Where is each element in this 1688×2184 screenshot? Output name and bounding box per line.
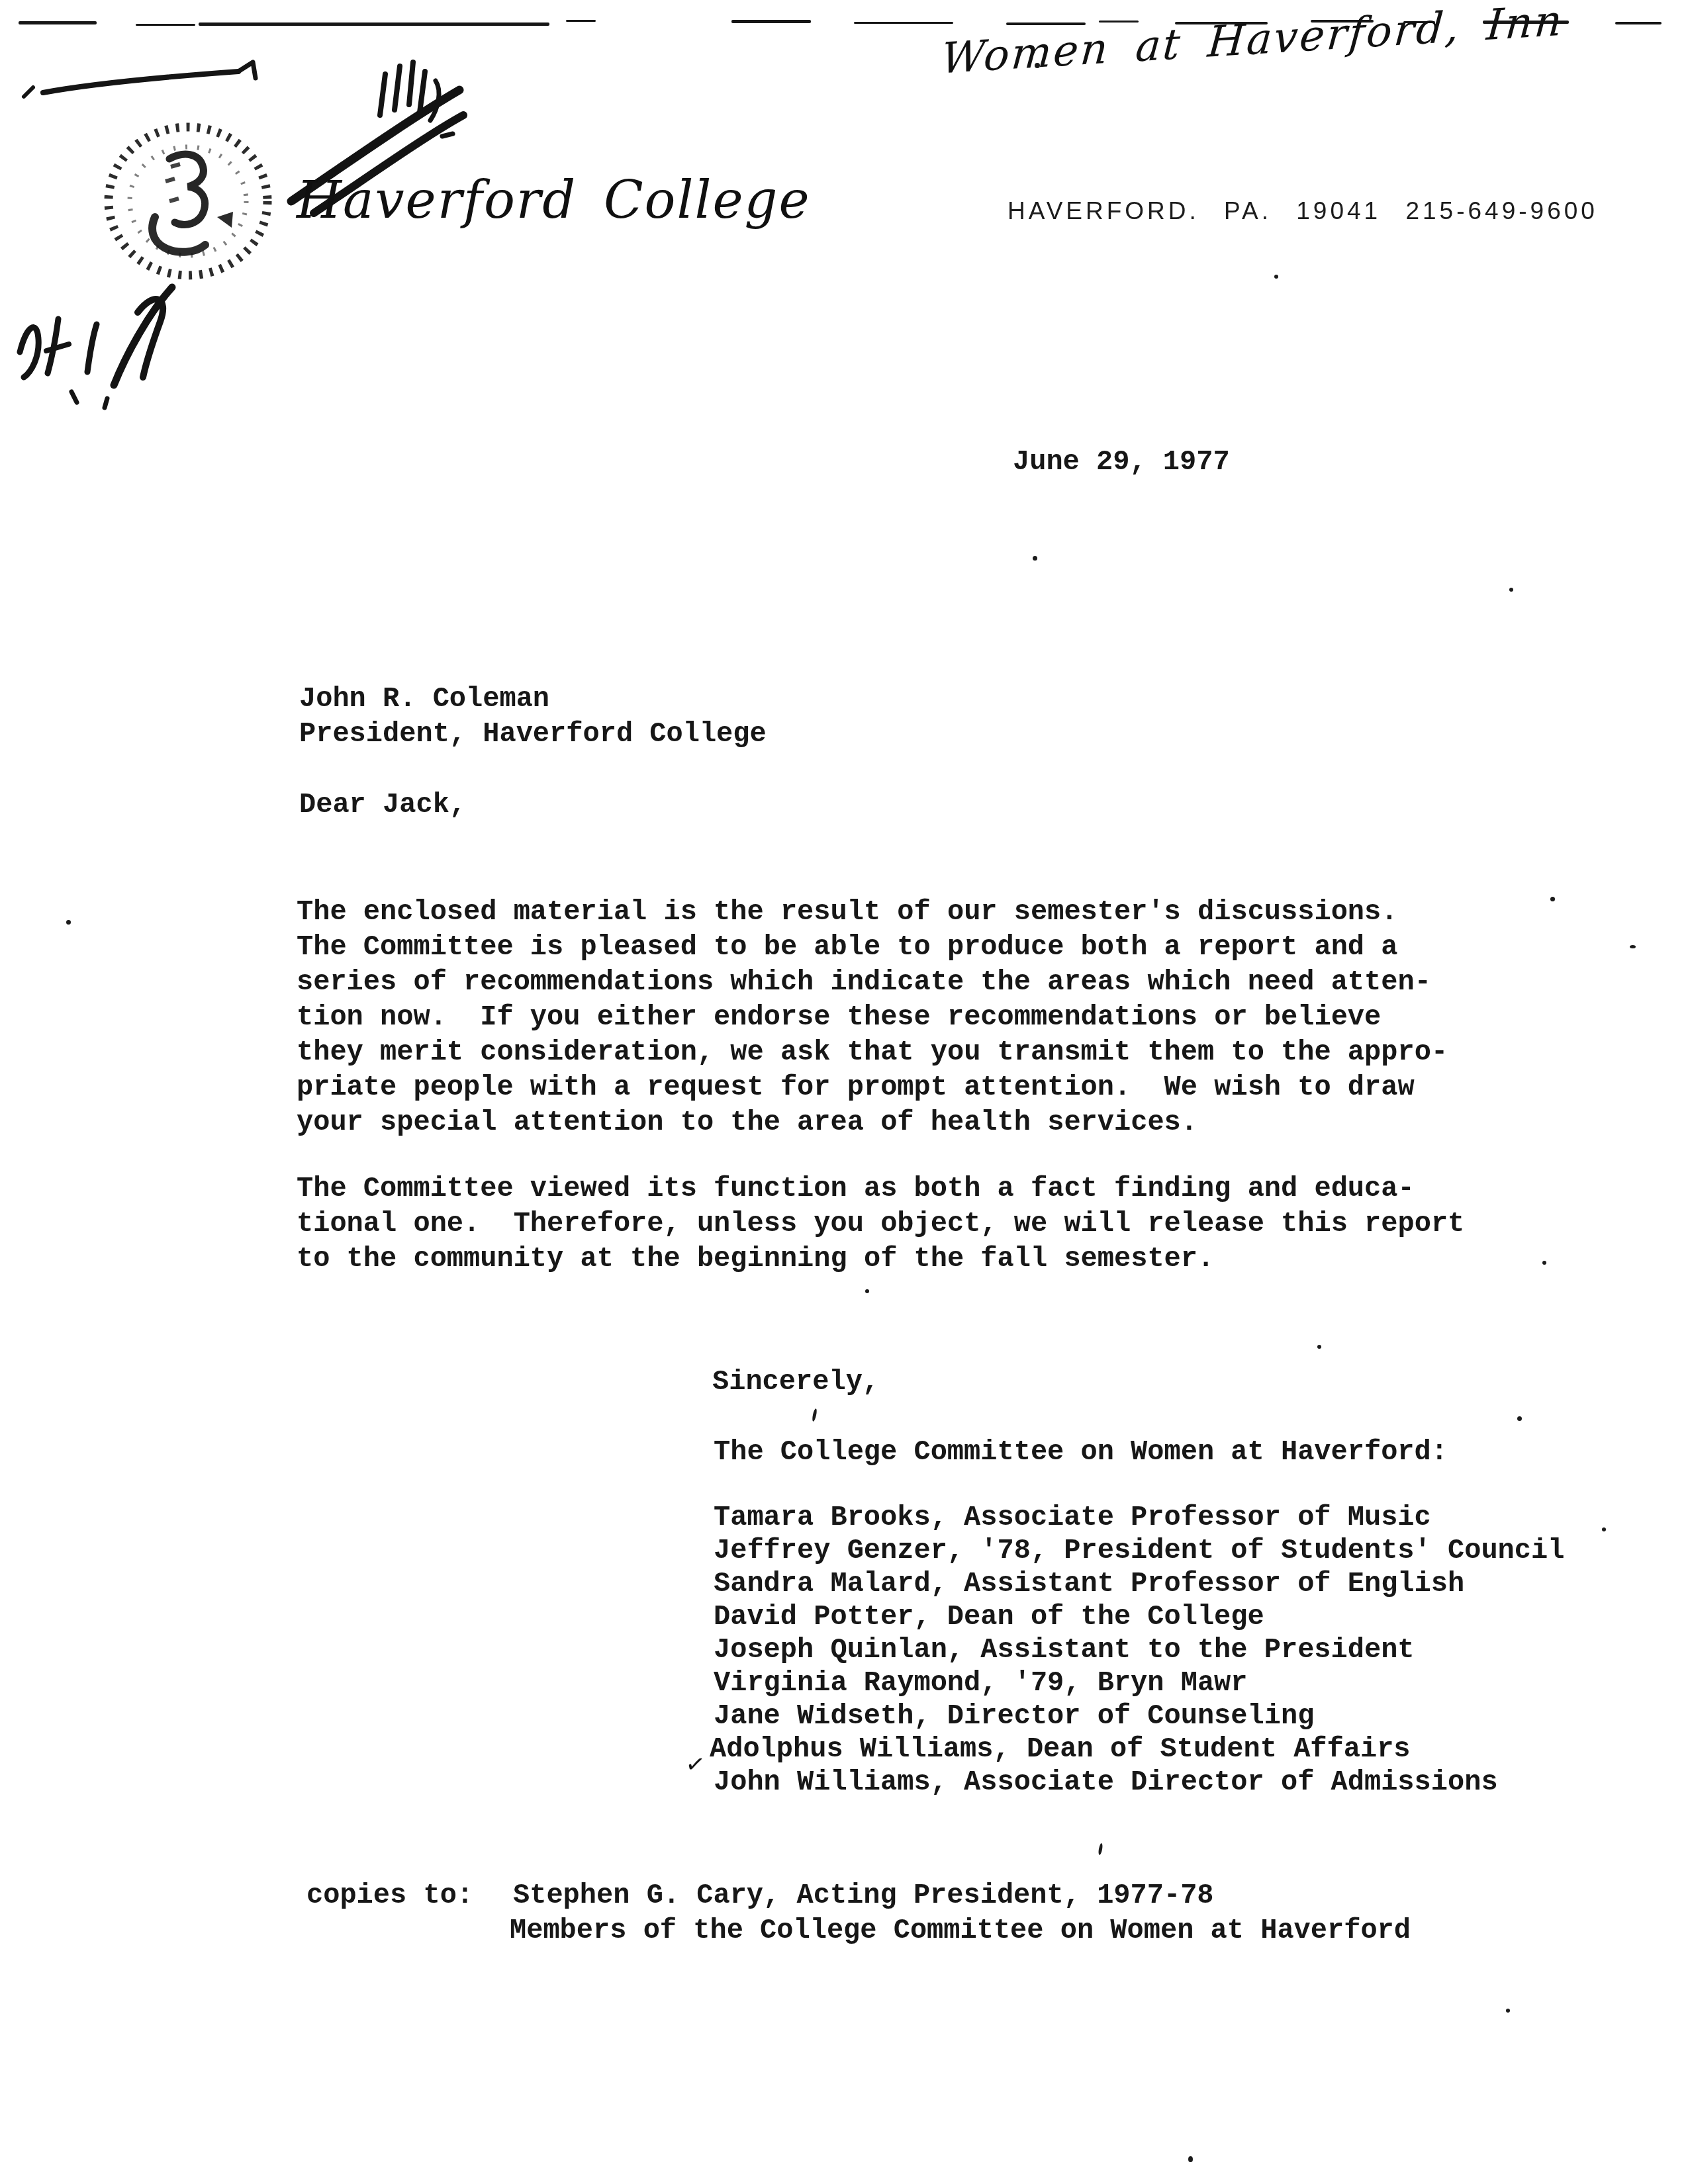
copies-recipient-2: Members of the College Committee on Wome… <box>510 1913 1411 1948</box>
committee-member: John Williams, Associate Director of Adm… <box>714 1766 1498 1799</box>
closing: Sincerely, <box>712 1365 879 1400</box>
copies-label: copies to: <box>306 1878 473 1913</box>
college-seal-stamp <box>91 118 287 290</box>
body-paragraph-1: The enclosed material is the result of o… <box>297 895 1448 1140</box>
recipient-name: John R. Coleman <box>299 682 549 717</box>
handwritten-note: Women at Haverford, Inn <box>939 0 1604 83</box>
committee-heading: The College Committee on Women at Haverf… <box>714 1435 1448 1470</box>
recipient-title: President, Haverford College <box>299 717 767 752</box>
committee-member: Adolphus Williams, Dean of Student Affai… <box>710 1733 1411 1766</box>
body-paragraph-2: The Committee viewed its function as bot… <box>297 1171 1464 1277</box>
copies-recipient-1: Stephen G. Cary, Acting President, 1977-… <box>513 1878 1214 1913</box>
committee-member: Joseph Quinlan, Assistant to the Preside… <box>714 1633 1415 1666</box>
committee-member: Jane Widseth, Director of Counseling <box>714 1700 1314 1733</box>
committee-member: Sandra Malard, Assistant Professor of En… <box>714 1567 1464 1600</box>
committee-member: Virginia Raymond, '79, Bryn Mawr <box>714 1666 1248 1700</box>
salutation: Dear Jack, <box>299 788 466 823</box>
letterhead-address: HAVERFORD. PA. 19041 215-649-9600 <box>1008 197 1598 225</box>
handwritten-scribble-left <box>8 273 200 412</box>
committee-member: Tamara Brooks, Associate Professor of Mu… <box>714 1501 1431 1534</box>
pen-mark-top-left <box>20 58 285 111</box>
letter-page: Women at Haverford, Inn Haverford Colleg… <box>0 0 1688 2184</box>
committee-member: Jeffrey Genzer, '78, President of Studen… <box>714 1534 1564 1567</box>
checkmark-annotation: ✓ <box>685 1748 706 1782</box>
committee-member: David Potter, Dean of the College <box>714 1600 1264 1633</box>
letter-date: June 29, 1977 <box>1013 445 1230 480</box>
college-name-logo: Haverford College <box>297 171 811 230</box>
